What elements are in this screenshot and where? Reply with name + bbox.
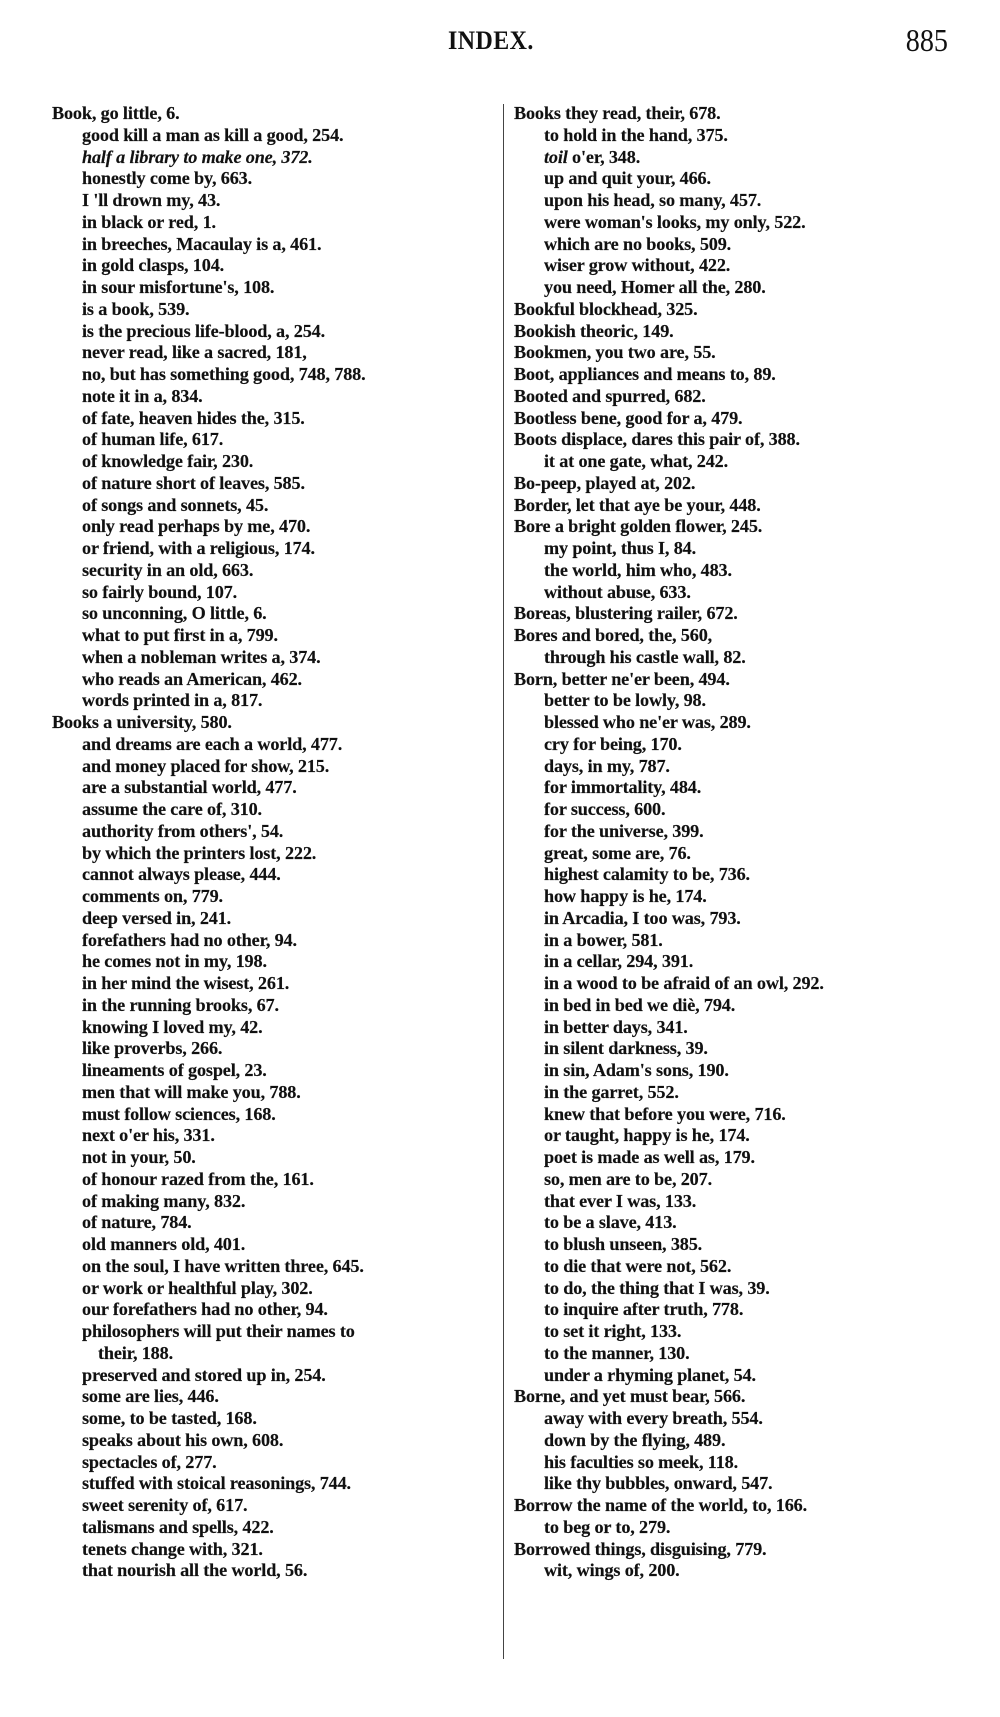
index-subentry: of fate, heaven hides the, 315. xyxy=(52,408,492,430)
index-subentry: wiser grow without, 422. xyxy=(514,255,954,277)
index-subentry: cry for being, 170. xyxy=(514,734,954,756)
column-divider xyxy=(503,104,504,1659)
index-subentry: sweet serenity of, 617. xyxy=(52,1495,492,1517)
index-subentry: philosophers will put their names to xyxy=(52,1321,492,1343)
index-subentry: of human life, 617. xyxy=(52,429,492,451)
index-subentry: comments on, 779. xyxy=(52,886,492,908)
index-subentry: our forefathers had no other, 94. xyxy=(52,1299,492,1321)
index-subentry: for the universe, 399. xyxy=(514,821,954,843)
index-subentry: to do, the thing that I was, 39. xyxy=(514,1278,954,1300)
index-heading: Born, better ne'er been, 494. xyxy=(514,669,954,691)
index-subentry: on the soul, I have written three, 645. xyxy=(52,1256,492,1278)
index-heading: Bo-peep, played at, 202. xyxy=(514,473,954,495)
index-continuation: their, 188. xyxy=(52,1343,492,1365)
index-subentry: speaks about his own, 608. xyxy=(52,1430,492,1452)
index-heading: Borrow the name of the world, to, 166. xyxy=(514,1495,954,1517)
index-subentry: in black or red, 1. xyxy=(52,212,492,234)
index-subentry: not in your, 50. xyxy=(52,1147,492,1169)
index-subentry: highest calamity to be, 736. xyxy=(514,864,954,886)
index-subentry: of knowledge fair, 230. xyxy=(52,451,492,473)
index-heading: Borrowed things, disguising, 779. xyxy=(514,1539,954,1561)
index-subentry: to be a slave, 413. xyxy=(514,1212,954,1234)
index-subentry: when a nobleman writes a, 374. xyxy=(52,647,492,669)
index-subentry: in sin, Adam's sons, 190. xyxy=(514,1060,954,1082)
index-subentry: note it in a, 834. xyxy=(52,386,492,408)
index-heading: Boot, appliances and means to, 89. xyxy=(514,364,954,386)
index-subentry: only read perhaps by me, 470. xyxy=(52,516,492,538)
index-heading: Boreas, blustering railer, 672. xyxy=(514,603,954,625)
index-subentry: under a rhyming planet, 54. xyxy=(514,1365,954,1387)
index-subentry: half a library to make one, 372. xyxy=(52,147,492,169)
index-heading: Borne, and yet must bear, 566. xyxy=(514,1386,954,1408)
index-heading: Border, let that aye be your, 448. xyxy=(514,495,954,517)
index-subentry: lineaments of gospel, 23. xyxy=(52,1060,492,1082)
index-subentry: for success, 600. xyxy=(514,799,954,821)
index-subentry: forefathers had no other, 94. xyxy=(52,930,492,952)
page-number: 885 xyxy=(906,22,948,59)
index-subentry: poet is made as well as, 179. xyxy=(514,1147,954,1169)
index-subentry: some, to be tasted, 168. xyxy=(52,1408,492,1430)
index-subentry: deep versed in, 241. xyxy=(52,908,492,930)
index-subentry: must follow sciences, 168. xyxy=(52,1104,492,1126)
index-subentry: of making many, 832. xyxy=(52,1191,492,1213)
index-subentry: his faculties so meek, 118. xyxy=(514,1452,954,1474)
index-subentry: so unconning, O little, 6. xyxy=(52,603,492,625)
index-subentry: down by the flying, 489. xyxy=(514,1430,954,1452)
index-subentry: cannot always please, 444. xyxy=(52,864,492,886)
index-subentry: like thy bubbles, onward, 547. xyxy=(514,1473,954,1495)
index-subentry: assume the care of, 310. xyxy=(52,799,492,821)
index-subentry: were woman's looks, my only, 522. xyxy=(514,212,954,234)
index-subentry: spectacles of, 277. xyxy=(52,1452,492,1474)
index-subentry: the world, him who, 483. xyxy=(514,560,954,582)
index-subentry: knowing I loved my, 42. xyxy=(52,1017,492,1039)
index-subentry: or friend, with a religious, 174. xyxy=(52,538,492,560)
index-heading: Boots displace, dares this pair of, 388. xyxy=(514,429,954,451)
index-subentry: my point, thus I, 84. xyxy=(514,538,954,560)
index-subentry: like proverbs, 266. xyxy=(52,1038,492,1060)
running-head: INDEX. xyxy=(448,26,534,56)
index-subentry: I 'll drown my, 43. xyxy=(52,190,492,212)
index-subentry: of nature, 784. xyxy=(52,1212,492,1234)
index-subentry: next o'er his, 331. xyxy=(52,1125,492,1147)
index-subentry: wit, wings of, 200. xyxy=(514,1560,954,1582)
index-subentry: good kill a man as kill a good, 254. xyxy=(52,125,492,147)
index-subentry: honestly come by, 663. xyxy=(52,168,492,190)
index-subentry: to blush unseen, 385. xyxy=(514,1234,954,1256)
index-subentry: stuffed with stoical reasonings, 744. xyxy=(52,1473,492,1495)
index-subentry: in gold clasps, 104. xyxy=(52,255,492,277)
index-subentry: up and quit your, 466. xyxy=(514,168,954,190)
index-subentry: is a book, 539. xyxy=(52,299,492,321)
index-subentry: that nourish all the world, 56. xyxy=(52,1560,492,1582)
index-subentry: who reads an American, 462. xyxy=(52,669,492,691)
index-subentry: he comes not in my, 198. xyxy=(52,951,492,973)
index-subentry: is the precious life-blood, a, 254. xyxy=(52,321,492,343)
page-header: INDEX. 885 xyxy=(0,22,1000,62)
index-subentry: no, but has something good, 748, 788. xyxy=(52,364,492,386)
index-subentry: security in an old, 663. xyxy=(52,560,492,582)
index-subentry: men that will make you, 788. xyxy=(52,1082,492,1104)
index-subentry: to die that were not, 562. xyxy=(514,1256,954,1278)
index-subentry: and dreams are each a world, 477. xyxy=(52,734,492,756)
index-subentry: so fairly bound, 107. xyxy=(52,582,492,604)
index-subentry: which are no books, 509. xyxy=(514,234,954,256)
index-heading: Bore a bright golden flower, 245. xyxy=(514,516,954,538)
index-subentry: or taught, happy is he, 174. xyxy=(514,1125,954,1147)
index-subentry: blessed who ne'er was, 289. xyxy=(514,712,954,734)
index-subentry: or work or healthful play, 302. xyxy=(52,1278,492,1300)
index-subentry: never read, like a sacred, 181, xyxy=(52,342,492,364)
index-subentry: to beg or to, 279. xyxy=(514,1517,954,1539)
index-subentry: to set it right, 133. xyxy=(514,1321,954,1343)
index-subentry: talismans and spells, 422. xyxy=(52,1517,492,1539)
index-heading: Booted and spurred, 682. xyxy=(514,386,954,408)
index-heading: Books a university, 580. xyxy=(52,712,492,734)
index-heading: Bootless bene, good for a, 479. xyxy=(514,408,954,430)
index-subentry: better to be lowly, 98. xyxy=(514,690,954,712)
index-subentry: in better days, 341. xyxy=(514,1017,954,1039)
index-subentry: tenets change with, 321. xyxy=(52,1539,492,1561)
index-subentry: preserved and stored up in, 254. xyxy=(52,1365,492,1387)
index-heading: Book, go little, 6. xyxy=(52,103,492,125)
index-subentry: you need, Homer all the, 280. xyxy=(514,277,954,299)
index-subentry: of honour razed from the, 161. xyxy=(52,1169,492,1191)
index-subentry: through his castle wall, 82. xyxy=(514,647,954,669)
index-heading: Bores and bored, the, 560, xyxy=(514,625,954,647)
index-subentry: to the manner, 130. xyxy=(514,1343,954,1365)
index-subentry: away with every breath, 554. xyxy=(514,1408,954,1430)
index-subentry: so, men are to be, 207. xyxy=(514,1169,954,1191)
index-subentry: old manners old, 401. xyxy=(52,1234,492,1256)
index-subentry: in sour misfortune's, 108. xyxy=(52,277,492,299)
index-subentry: to hold in the hand, 375. xyxy=(514,125,954,147)
index-subentry: of nature short of leaves, 585. xyxy=(52,473,492,495)
index-subentry: in breeches, Macaulay is a, 461. xyxy=(52,234,492,256)
index-heading: Bookmen, you two are, 55. xyxy=(514,342,954,364)
index-subentry: in a wood to be afraid of an owl, 292. xyxy=(514,973,954,995)
index-subentry: in a cellar, 294, 391. xyxy=(514,951,954,973)
index-subentry: in her mind the wisest, 261. xyxy=(52,973,492,995)
index-subentry: authority from others', 54. xyxy=(52,821,492,843)
index-subentry: it at one gate, what, 242. xyxy=(514,451,954,473)
index-subentry: great, some are, 76. xyxy=(514,843,954,865)
index-subentry: in the running brooks, 67. xyxy=(52,995,492,1017)
index-subentry: in silent darkness, 39. xyxy=(514,1038,954,1060)
index-heading: Books they read, their, 678. xyxy=(514,103,954,125)
index-heading: Bookful blockhead, 325. xyxy=(514,299,954,321)
index-column-right: Books they read, their, 678.to hold in t… xyxy=(514,103,954,1582)
index-subentry: some are lies, 446. xyxy=(52,1386,492,1408)
index-subentry: in Arcadia, I too was, 793. xyxy=(514,908,954,930)
index-subentry: toil o'er, 348. xyxy=(514,147,954,169)
index-subentry: that ever I was, 133. xyxy=(514,1191,954,1213)
index-subentry: days, in my, 787. xyxy=(514,756,954,778)
index-subentry: of songs and sonnets, 45. xyxy=(52,495,492,517)
index-heading: Bookish theoric, 149. xyxy=(514,321,954,343)
index-subentry: words printed in a, 817. xyxy=(52,690,492,712)
index-column-left: Book, go little, 6.good kill a man as ki… xyxy=(52,103,492,1582)
index-subentry: in the garret, 552. xyxy=(514,1082,954,1104)
index-subentry: what to put first in a, 799. xyxy=(52,625,492,647)
index-subentry: how happy is he, 174. xyxy=(514,886,954,908)
index-subentry: for immortality, 484. xyxy=(514,777,954,799)
index-subentry: are a substantial world, 477. xyxy=(52,777,492,799)
index-subentry: and money placed for show, 215. xyxy=(52,756,492,778)
index-subentry: in bed in bed we diè, 794. xyxy=(514,995,954,1017)
index-subentry: upon his head, so many, 457. xyxy=(514,190,954,212)
index-subentry: without abuse, 633. xyxy=(514,582,954,604)
index-subentry: by which the printers lost, 222. xyxy=(52,843,492,865)
index-subentry: in a bower, 581. xyxy=(514,930,954,952)
index-subentry: knew that before you were, 716. xyxy=(514,1104,954,1126)
index-subentry: to inquire after truth, 778. xyxy=(514,1299,954,1321)
